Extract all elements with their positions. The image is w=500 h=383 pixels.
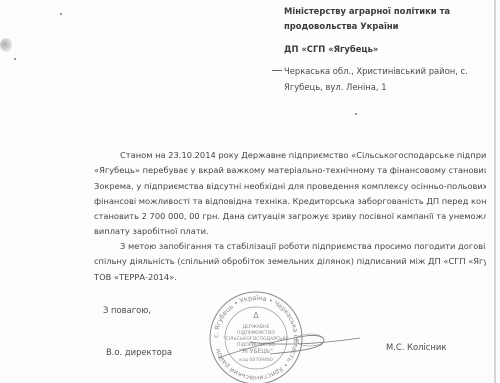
text-line: Зокрема, у підприємства відсутні необхід… (94, 179, 486, 194)
body-paragraph-2: З метою запобігання та стабілізації робо… (94, 239, 486, 285)
text-line: З метою запобігання та стабілізації робо… (94, 239, 486, 254)
text-line: фінансові можливості та відповідна техні… (94, 194, 486, 209)
sender-organization: ДП «СГП «Ягубець» (284, 42, 494, 57)
hole-punch-mark (0, 38, 12, 52)
handwritten-signature (210, 320, 380, 365)
text-line: Станом на 23.10.2014 року Державне підпр… (94, 148, 486, 163)
signatory-name: М.С. Колісник (386, 342, 446, 352)
page-edge-border (494, 0, 496, 383)
recipient-line-1: Міністерству аграрної політики та (284, 4, 494, 19)
recipient-line-2: продовольства України (284, 19, 494, 34)
address-block: Черкаська обл., Христинівський район, с.… (284, 64, 494, 95)
scan-speck (355, 113, 357, 115)
text-line: виплату заробітної плати. (94, 224, 486, 239)
closing-salutation: З повагою, (103, 305, 151, 315)
scanned-letter-page: Міністерству аграрної політики та продов… (0, 0, 500, 383)
signatory-title: В.о. директора (106, 347, 172, 357)
text-line: становить 2 700 000, 00 грн. Дана ситуац… (94, 209, 486, 224)
address-line-2: Ягубець, вул. Леніна, 1 (284, 80, 494, 96)
body-paragraph-1: Станом на 23.10.2014 року Державне підпр… (94, 148, 486, 240)
svg-text:Δ: Δ (253, 311, 259, 320)
scan-speck (60, 13, 62, 15)
address-line-1: Черкаська обл., Христинівський район, с. (284, 64, 494, 80)
text-line: ТОВ «ТЕРРА-2014». (94, 270, 486, 285)
scan-speck (14, 58, 16, 60)
text-line: «Ягубець» перебуває у вкрай важкому мате… (94, 163, 486, 178)
recipient-block: Міністерству аграрної політики та продов… (284, 4, 494, 57)
pen-mark (272, 70, 282, 71)
text-line: спільну діяльність (спільний обробіток з… (94, 254, 486, 269)
